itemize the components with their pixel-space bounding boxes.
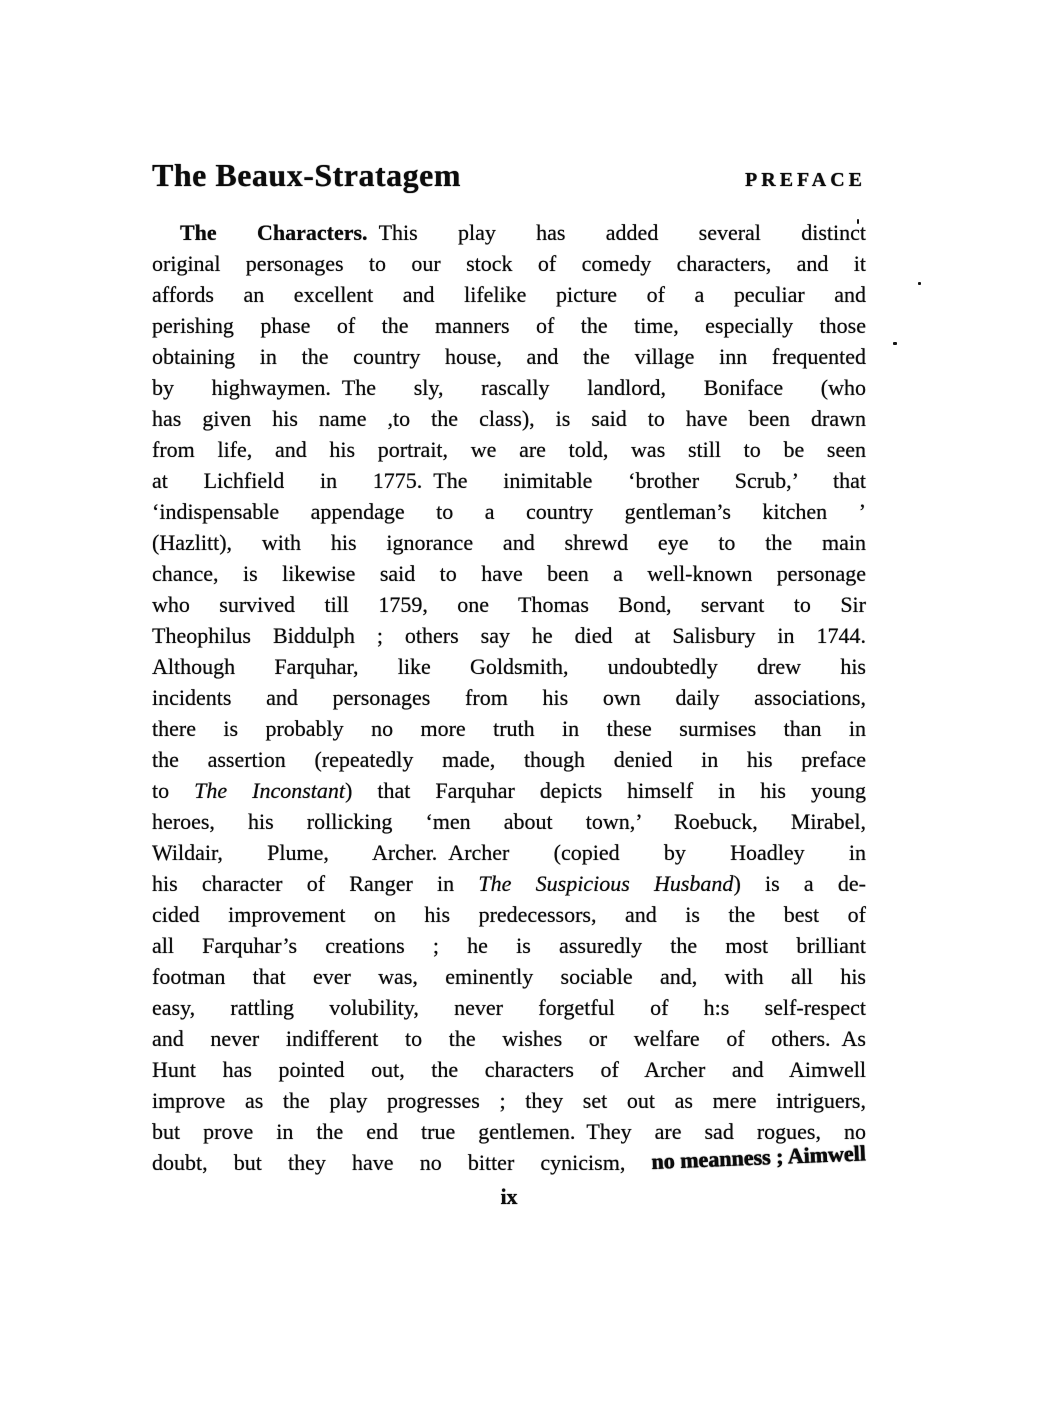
text-line: his character of Ranger in The Suspiciou… [152, 868, 866, 899]
text-segment: from life, and his portrait, we are told… [152, 437, 866, 462]
text-line: has given his name ,to the class), is sa… [152, 403, 866, 434]
scan-speck [857, 219, 859, 224]
text-line: cided improvement on his predecessors, a… [152, 899, 866, 930]
text-segment: Hunt has pointed out, the characters of … [152, 1057, 866, 1082]
page-number: ix [152, 1184, 866, 1210]
body-lines: The Characters. This play has added seve… [152, 217, 866, 1178]
text-segment: has given his name ,to the class), is sa… [152, 406, 866, 431]
text-line: who survived till 1759, one Thomas Bond,… [152, 589, 866, 620]
text-line: perishing phase of the manners of the ti… [152, 310, 866, 341]
section-label: PREFACE [745, 169, 866, 192]
text-segment: This play has added several distinct [368, 220, 866, 245]
text-line: Although Farquhar, like Goldsmith, undou… [152, 651, 866, 682]
text-line: affords an excellent and lifelike pictur… [152, 279, 866, 310]
text-segment: at Lichfield in 1775. The inimitable ‘br… [152, 468, 866, 493]
page-title: The Beaux-Stratagem [152, 157, 461, 194]
text-segment: by highwaymen. The sly, rascally landlor… [152, 375, 866, 400]
text-line: improve as the play progresses ; they se… [152, 1085, 866, 1116]
text-segment: The Suspicious Husband [478, 871, 733, 896]
text-segment: his character of Ranger in [152, 871, 478, 896]
text-segment: ) that Farquhar depicts himself in his y… [345, 778, 866, 803]
text-segment: Theophilus Biddulph ; others say he died… [152, 623, 866, 648]
scan-speck [893, 342, 897, 345]
text-segment: perishing phase of the manners of the ti… [152, 313, 866, 338]
text-line: easy, rattling volubility, never forgetf… [152, 992, 866, 1023]
text-segment: cided improvement on his predecessors, a… [152, 902, 866, 927]
text-segment: who survived till 1759, one Thomas Bond,… [152, 592, 866, 617]
text-segment: there is probably no more truth in these… [152, 716, 866, 741]
text-segment: easy, rattling volubility, never forgetf… [152, 995, 866, 1020]
text-segment: (Hazlitt), with his ignorance and shrewd… [152, 530, 866, 555]
text-line: original personages to our stock of come… [152, 248, 866, 279]
text-segment: to [152, 778, 194, 803]
text-segment: The Inconstant [194, 778, 345, 803]
book-page: The Beaux-Stratagem PREFACE The Characte… [0, 0, 1053, 1407]
text-line: The Characters. This play has added seve… [152, 217, 866, 248]
text-segment: the assertion (repeatedly made, though d… [152, 747, 866, 772]
text-segment: and never indifferent to the wishes or w… [152, 1026, 866, 1051]
text-segment: Wildair, Plume, Archer. Archer (copied b… [152, 840, 866, 865]
text-line: Wildair, Plume, Archer. Archer (copied b… [152, 837, 866, 868]
text-line: chance, is likewise said to have been a … [152, 558, 866, 589]
text-line: from life, and his portrait, we are told… [152, 434, 866, 465]
text-segment: obtaining in the country house, and the … [152, 344, 866, 369]
text-line: the assertion (repeatedly made, though d… [152, 744, 866, 775]
text-line: (Hazlitt), with his ignorance and shrewd… [152, 527, 866, 558]
text-line: Theophilus Biddulph ; others say he died… [152, 620, 866, 651]
text-line: Hunt has pointed out, the characters of … [152, 1054, 866, 1085]
text-line: incidents and personages from his own da… [152, 682, 866, 713]
text-segment: doubt, but they have no bitter cynicism, [152, 1150, 652, 1175]
text-segment: affords an excellent and lifelike pictur… [152, 282, 866, 307]
text-segment: chance, is likewise said to have been a … [152, 561, 866, 586]
text-line: at Lichfield in 1775. The inimitable ‘br… [152, 465, 866, 496]
text-segment: incidents and personages from his own da… [152, 685, 866, 710]
text-line: all Farquhar’s creations ; he is assured… [152, 930, 866, 961]
page-header: The Beaux-Stratagem PREFACE [152, 157, 866, 197]
text-line: obtaining in the country house, and the … [152, 341, 866, 372]
text-line: doubt, but they have no bitter cynicism,… [152, 1147, 866, 1178]
text-segment: ‘indispensable appendage to a country ge… [152, 499, 866, 524]
text-line: by highwaymen. The sly, rascally landlor… [152, 372, 866, 403]
text-line: ‘indispensable appendage to a country ge… [152, 496, 866, 527]
text-segment: heroes, his rollicking ‘men about town,’… [152, 809, 866, 834]
text-segment: original personages to our stock of come… [152, 251, 866, 276]
text-segment: The Characters. [180, 220, 368, 245]
text-block: The Beaux-Stratagem PREFACE The Characte… [152, 157, 866, 1210]
text-segment: footman that ever was, eminently sociabl… [152, 964, 866, 989]
text-line: there is probably no more truth in these… [152, 713, 866, 744]
text-segment: ) is a de- [733, 871, 866, 896]
text-line: to The Inconstant) that Farquhar depicts… [152, 775, 866, 806]
text-segment: improve as the play progresses ; they se… [152, 1088, 866, 1113]
text-line: footman that ever was, eminently sociabl… [152, 961, 866, 992]
text-segment: all Farquhar’s creations ; he is assured… [152, 933, 866, 958]
text-line: and never indifferent to the wishes or w… [152, 1023, 866, 1054]
text-segment: Although Farquhar, like Goldsmith, undou… [152, 654, 866, 679]
text-line: heroes, his rollicking ‘men about town,’… [152, 806, 866, 837]
scan-speck [918, 282, 921, 285]
text-segment: but prove in the end true gentlemen. The… [152, 1119, 866, 1144]
